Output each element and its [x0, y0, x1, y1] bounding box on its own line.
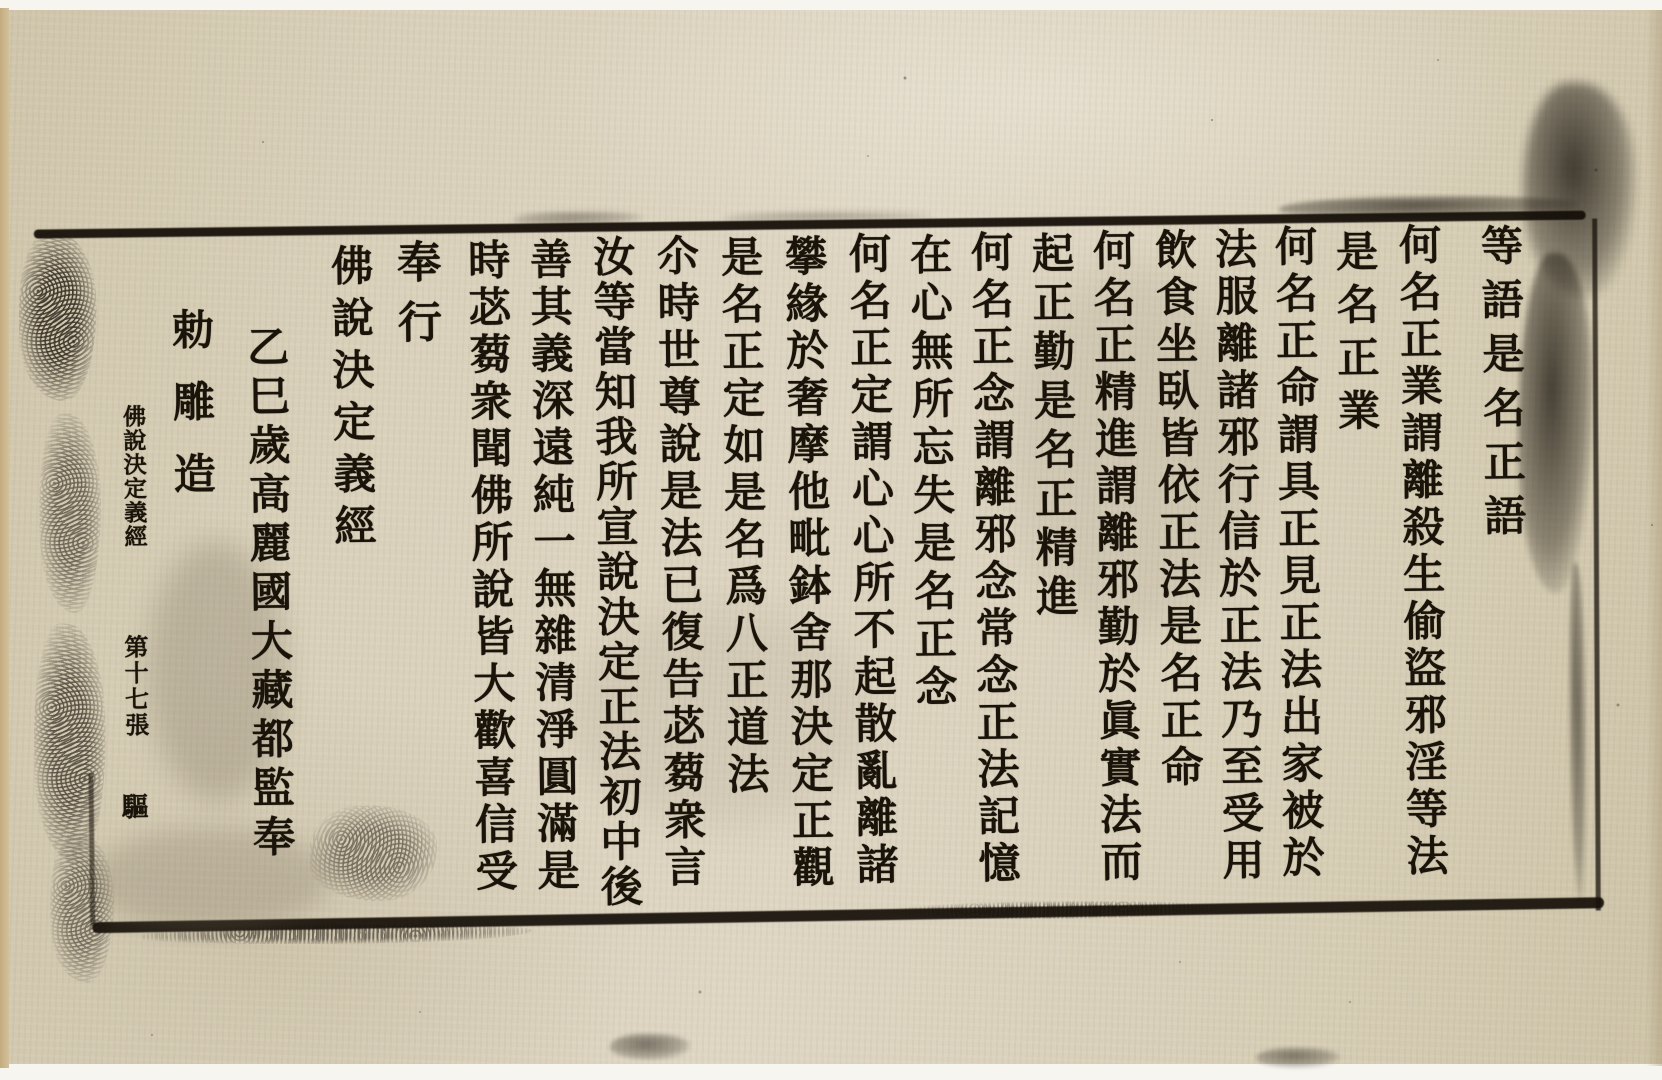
sutra-text-column: 何名正業謂離殺生偷盜邪淫等法	[1388, 222, 1452, 881]
colophon-column: 勅雕造	[161, 307, 220, 524]
sutra-text-column: 起正勤是名正精進	[1021, 231, 1082, 624]
page-scan: 等語是名正語 何名正業謂離殺生偷盜邪淫等法 是名正業 何名正命謂具正見正法出家被…	[0, 0, 1662, 1080]
sutra-text-column: 何名正精進謂離邪勤於眞實法而	[1082, 228, 1146, 887]
photo-edge-top	[0, 0, 1662, 10]
margin-case-mark: 驅	[111, 792, 155, 825]
sutra-text-column: 是名正定如是名爲八正道法	[710, 235, 773, 800]
colophon-column: 乙巳歲高麗國大藏都監奉	[236, 324, 299, 864]
edge-smudge	[610, 1034, 690, 1060]
edge-smudge	[1256, 1048, 1340, 1068]
sutra-text-column: 在心無所忘失是名正念	[899, 232, 961, 713]
sutra-text-column: 奉行	[386, 239, 443, 360]
sutra-text-column: 善其義深遠純一無雜清淨圓滿是	[519, 237, 583, 896]
photo-edge-bottom	[0, 1064, 1662, 1080]
sutra-text-column: 汝等當知我所宣說決定正法初中後	[582, 234, 646, 910]
sutra-text-column: 何名正念謂離邪念常念正法記憶	[960, 230, 1024, 889]
woodblock-frame: 等語是名正語 何名正業謂離殺生偷盜邪淫等法 是名正業 何名正命謂具正見正法出家被…	[24, 194, 1619, 949]
ink-blotch	[18, 231, 98, 402]
sutra-text-column: 攀緣於奢摩他毗鉢舍那決定正觀	[774, 234, 838, 893]
sutra-text-column: 何名正定謂心心所不起散亂離諸	[838, 231, 902, 890]
ink-blotch	[33, 623, 108, 864]
sutra-end-title-column: 佛說決定義經	[320, 243, 380, 556]
ink-band-right	[1568, 563, 1588, 903]
page-edge-right	[1646, 10, 1662, 1066]
sutra-text-column: 是名正業	[1325, 229, 1384, 442]
ink-blotch	[38, 413, 102, 614]
sutra-text-column: 何名正命謂具正見正法出家被於	[1264, 224, 1328, 883]
ink-blotch	[309, 805, 438, 903]
sutra-text-column: 飲食坐臥皆依正法是名正命	[1144, 227, 1207, 792]
sutra-text-column: 尒時世尊說是法已復告苾蒭衆言	[646, 233, 710, 892]
margin-sheet-number: 第十七張	[111, 634, 156, 739]
sutra-text-column: 法服離諸邪行信於正法乃至受用	[1204, 227, 1268, 886]
page-edge-left	[0, 8, 9, 1068]
margin-small-title: 佛說決定義經	[110, 404, 156, 549]
frame-border-right	[1592, 219, 1601, 911]
sutra-text-column: 等語是名正語	[1470, 223, 1530, 548]
sutra-text-column: 時苾蒭衆聞佛所說皆大歡喜信受	[457, 238, 521, 897]
frame-smudge	[892, 899, 1222, 921]
